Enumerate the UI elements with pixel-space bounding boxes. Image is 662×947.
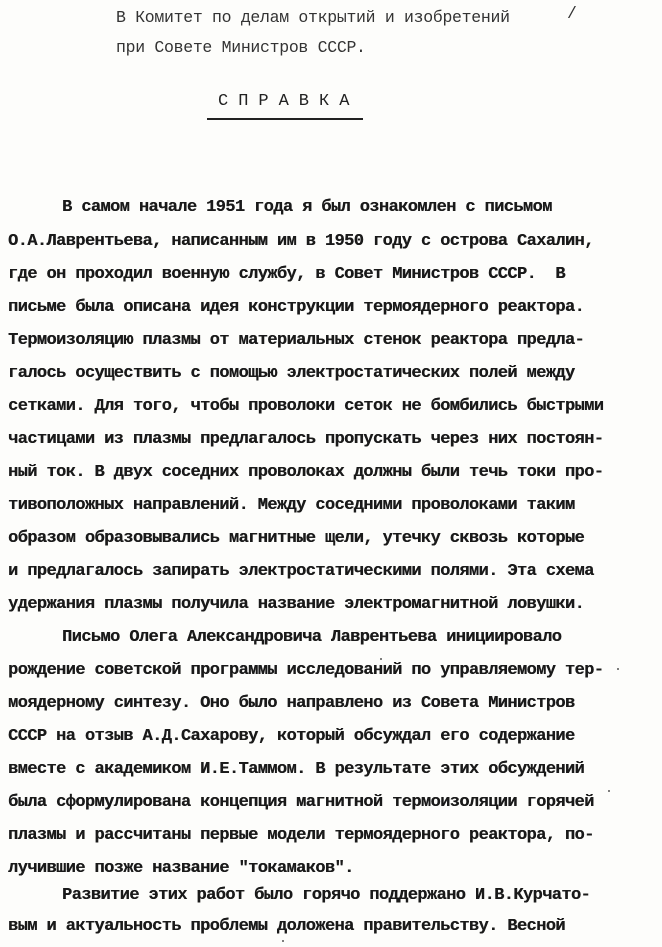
body-line: О.А.Лаврентьева, написанным им в 1950 го… [8, 232, 594, 251]
body-line: ный ток. В двух соседних проволоках долж… [8, 463, 603, 482]
body-line: СССР на отзыв А.Д.Сахарову, который обсу… [8, 727, 575, 746]
body-line: тивоположных направлений. Между соседним… [8, 496, 575, 515]
body-line: и предлагалось запирать электростатическ… [8, 562, 594, 581]
body-line: лучившие позже название "токамаков". [8, 859, 354, 878]
addressee-line-1: В Комитет по делам открытий и изобретени… [116, 8, 510, 27]
paper-speck [617, 668, 619, 670]
body-line: была сформулирована концепция магнитной … [8, 793, 594, 812]
addressee-line-2: при Совете Министров СССР. [116, 38, 366, 57]
body-line: вместе с академиком И.Е.Таммом. В резуль… [8, 760, 584, 779]
corner-mark: / [567, 4, 577, 23]
body-line: вым и актуальность проблемы доложена пра… [8, 917, 565, 936]
body-line: Письмо Олега Александровича Лаврентьева … [62, 628, 561, 647]
body-line: В самом начале 1951 года я был ознакомле… [62, 198, 552, 217]
document-title: СПРАВКА [218, 92, 359, 111]
body-line: Развитие этих работ было горячо поддержа… [62, 886, 590, 905]
body-line: частицами из плазмы предлагалось пропуск… [8, 430, 603, 449]
document-page: В Комитет по делам открытий и изобретени… [0, 0, 662, 947]
body-line: моядерному синтезу. Оно было направлено … [8, 694, 575, 713]
body-line: галось осуществить с помощью электростат… [8, 364, 575, 383]
body-line: письме была описана идея конструкции тер… [8, 298, 584, 317]
body-line: сетками. Для того, чтобы проволоки сеток… [8, 397, 603, 416]
title-underline [207, 118, 363, 120]
paper-speck [380, 658, 382, 660]
body-line: Термоизоляцию плазмы от материальных сте… [8, 331, 584, 350]
body-line: образом образовывались магнитные щели, у… [8, 529, 584, 548]
body-line: рождение советской программы исследовани… [8, 661, 603, 680]
paper-speck [282, 940, 284, 942]
body-line: плазмы и рассчитаны первые модели термоя… [8, 826, 594, 845]
body-line: где он проходил военную службу, в Совет … [8, 265, 565, 284]
body-line: удержания плазмы получила название элект… [8, 595, 584, 614]
paper-speck [608, 790, 610, 792]
